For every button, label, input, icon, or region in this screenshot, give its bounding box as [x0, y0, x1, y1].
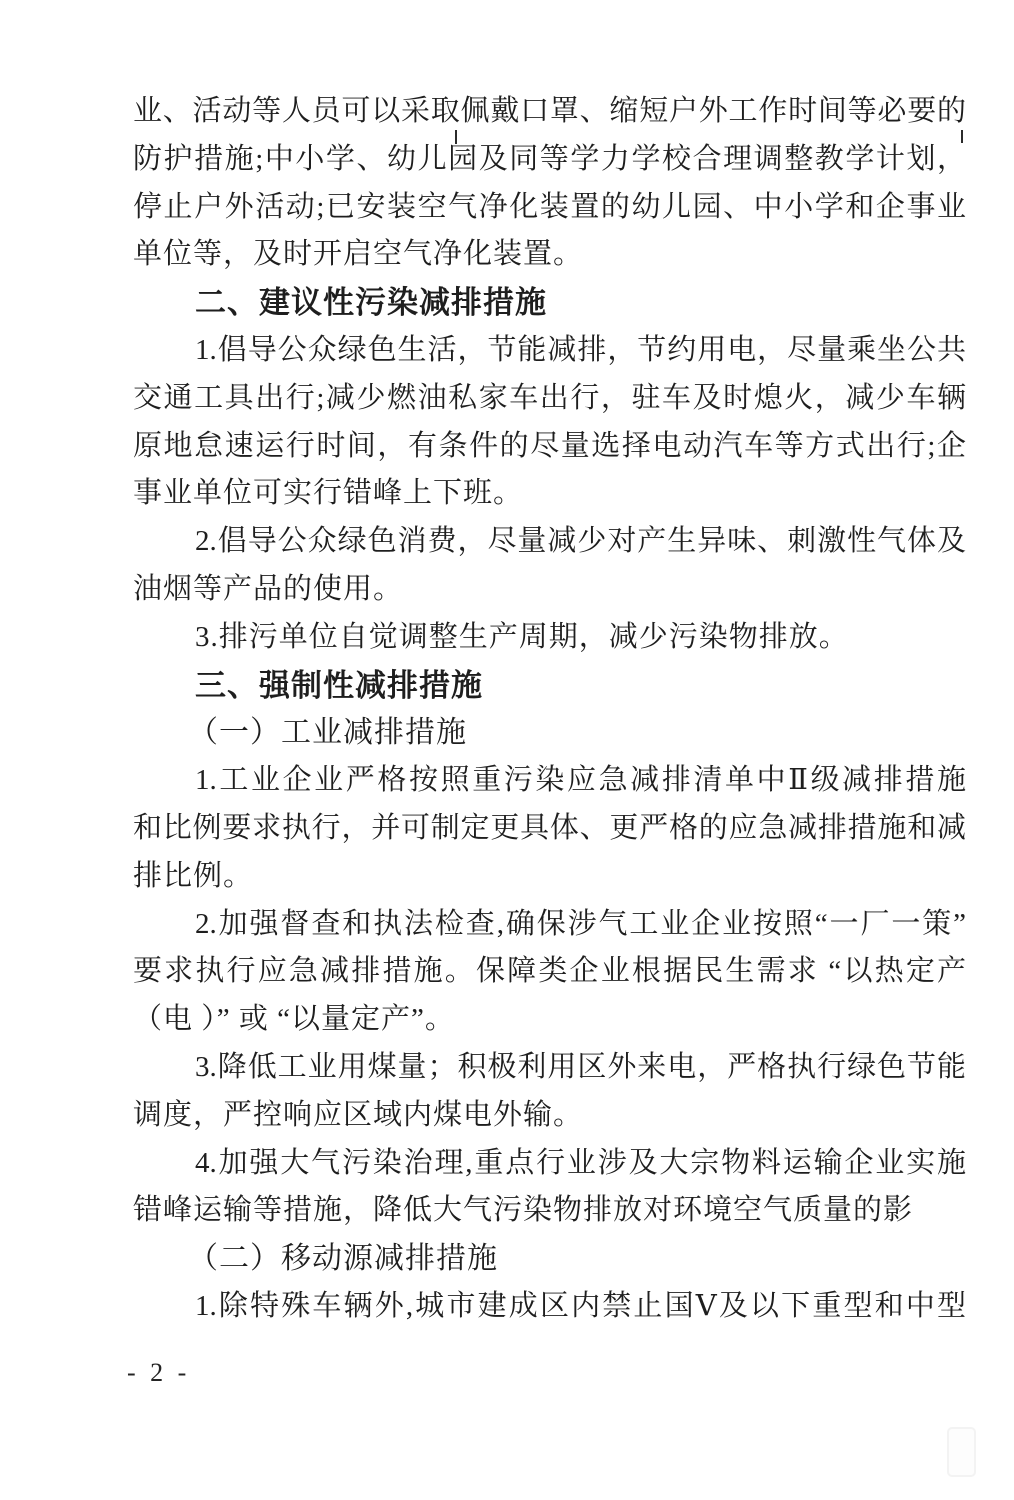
body-line: 1.工业企业严格按照重污染应急减排清单中Ⅱ级减排措施 [133, 757, 966, 805]
body-line: 油烟等产品的使用。 [133, 566, 966, 614]
body-line: 错峰运输等措施，降低大气污染物排放对环境空气质量的影响。 [133, 1187, 966, 1235]
body-line: 调度，严控响应区域内煤电外输。 [133, 1092, 966, 1140]
subsection-heading: （二）移动源减排措施 [133, 1235, 966, 1283]
body-line: 要求执行应急减排措施。保障类企业根据民生需求 “以热定产 [133, 948, 966, 996]
body-line: 原地怠速运行时间，有条件的尽量选择电动汽车等方式出行;企 [133, 423, 966, 471]
body-line: （电 ）” 或 “以量定产”。 [133, 996, 966, 1044]
text-column: 业、活动等人员可以采取佩戴口罩、缩短户外工作时间等必要的 防护措施;中小学、幼儿… [133, 88, 966, 1331]
body-line: 停止户外活动;已安装空气净化装置的幼儿园、中小学和企事业 [133, 184, 966, 232]
body-line: 1.倡导公众绿色生活，节能减排，节约用电，尽量乘坐公共 [133, 327, 966, 375]
body-line: 业、活动等人员可以采取佩戴口罩、缩短户外工作时间等必要的 [133, 88, 966, 136]
scan-smudge [947, 1427, 976, 1477]
body-line: 防护措施;中小学、幼儿园及同等学力学校合理调整教学计划， [133, 136, 966, 184]
section-heading: 三、强制性减排措施 [133, 662, 966, 710]
document-page: 业、活动等人员可以采取佩戴口罩、缩短户外工作时间等必要的 防护措施;中小学、幼儿… [0, 0, 1014, 1500]
body-line: 3.排污单位自觉调整生产周期，减少污染物排放。 [133, 614, 966, 662]
scan-tick-mark [961, 130, 963, 143]
body-line: 2.加强督查和执法检查,确保涉气工业企业按照“一厂一策” [133, 901, 966, 949]
body-line: 4.加强大气污染治理,重点行业涉及大宗物料运输企业实施 [133, 1140, 966, 1188]
body-line: 1.除特殊车辆外,城市建成区内禁止国Ⅴ及以下重型和中型 [133, 1283, 966, 1331]
body-line: 2.倡导公众绿色消费，尽量减少对产生异味、刺激性气体及 [133, 518, 966, 566]
page-number: - 2 - [127, 1355, 190, 1391]
body-line: 事业单位可实行错峰上下班。 [133, 470, 966, 518]
body-line: 单位等，及时开启空气净化装置。 [133, 231, 966, 279]
scan-tick-mark [455, 130, 457, 144]
body-line: 排比例。 [133, 853, 966, 901]
subsection-heading: （一）工业减排措施 [133, 709, 966, 757]
body-line: 交通工具出行;减少燃油私家车出行，驻车及时熄火，减少车辆 [133, 375, 966, 423]
body-line: 3.降低工业用煤量；积极利用区外来电，严格执行绿色节能 [133, 1044, 966, 1092]
body-line: 和比例要求执行，并可制定更具体、更严格的应急减排措施和减 [133, 805, 966, 853]
section-heading: 二、建议性污染减排措施 [133, 279, 966, 327]
